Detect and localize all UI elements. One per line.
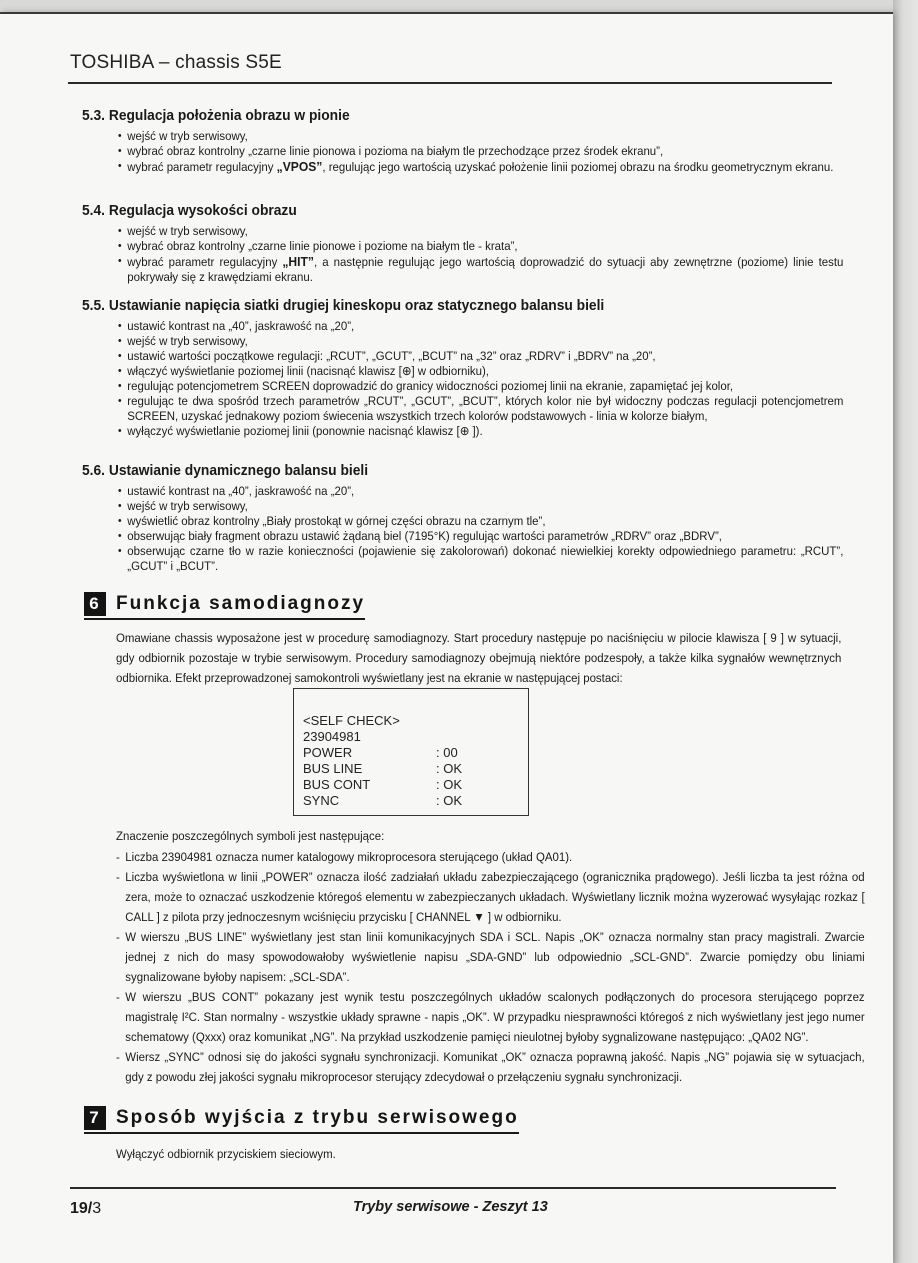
list-item: wejść w tryb serwisowy,: [118, 499, 843, 514]
section-5-3-list: wejść w tryb serwisowy, wybrać obraz kon…: [118, 129, 838, 175]
section-5-6-title: 5.6. Ustawianie dynamicznego balansu bie…: [82, 462, 368, 479]
list-item: ustawić wartości początkowe regulacji: „…: [118, 349, 843, 364]
header-rule: [68, 82, 832, 84]
list-item: W wierszu „BUS CONT” pokazany jest wynik…: [116, 987, 865, 1047]
list-item: wejść w tryb serwisowy,: [118, 129, 843, 144]
list-item: włączyć wyświetlanie poziomej linii (nac…: [118, 364, 843, 379]
list-item: wyłączyć wyświetlanie poziomej linii (po…: [118, 424, 843, 439]
list-item: W wierszu „BUS LINE” wyświetlany jest st…: [116, 927, 865, 987]
self-check-row: SYNC: OK: [303, 793, 462, 809]
section-7-text: Wyłączyć odbiornik przyciskiem sieciowym…: [116, 1144, 841, 1164]
self-check-row: BUS CONT: OK: [303, 777, 462, 793]
list-item: ustawić kontrast na „40”, jaskrawość na …: [118, 319, 843, 334]
section-5-6-list: ustawić kontrast na „40”, jaskrawość na …: [118, 484, 838, 574]
footer-rule: [70, 1187, 836, 1189]
list-item: Liczba wyświetlona w linii „POWER” oznac…: [116, 867, 865, 927]
list-item: regulując te dwa spośród trzech parametr…: [118, 394, 843, 424]
section-5-5-title: 5.5. Ustawianie napięcia siatki drugiej …: [82, 297, 604, 314]
running-header: TOSHIBA – chassis S5E: [70, 52, 282, 74]
meaning-intro: Znaczenie poszczególnych symboli jest na…: [116, 826, 841, 846]
section-5-3-title: 5.3. Regulacja położenia obrazu w pionie: [82, 107, 350, 124]
self-check-display: <SELF CHECK> 23904981 POWER: 00 BUS LINE…: [293, 688, 529, 816]
section-7-title: Sposób wyjścia z trybu serwisowego: [116, 1107, 519, 1128]
meaning-list: Liczba 23904981 oznacza numer katalogowy…: [116, 847, 918, 1087]
section-number-badge: 6: [84, 592, 106, 616]
self-check-row: BUS LINE: OK: [303, 761, 462, 777]
self-check-title: <SELF CHECK>: [303, 713, 462, 729]
list-item: wybrać obraz kontrolny „czarne linie pio…: [118, 239, 843, 254]
list-item: obserwując biały fragment obrazu ustawić…: [118, 529, 843, 544]
list-item: Wiersz „SYNC” odnosi się do jakości sygn…: [116, 1047, 865, 1087]
self-check-row: POWER: 00: [303, 745, 462, 761]
section-6-title: Funkcja samodiagnozy: [116, 593, 365, 614]
list-item: wybrać parametr regulacyjny „HIT”, a nas…: [118, 254, 843, 285]
section-number-badge: 7: [84, 1106, 106, 1130]
list-item: obserwując czarne tło w razie koniecznoś…: [118, 544, 843, 574]
list-item: ustawić kontrast na „40”, jaskrawość na …: [118, 484, 843, 499]
list-item: wybrać obraz kontrolny „czarne linie pio…: [118, 144, 843, 159]
section-6-intro: Omawiane chassis wyposażone jest w proce…: [116, 628, 841, 688]
page-number: 19/3: [70, 1200, 101, 1218]
list-item: wyświetlić obraz kontrolny „Biały prosto…: [118, 514, 843, 529]
section-5-4-list: wejść w tryb serwisowy, wybrać obraz kon…: [118, 224, 838, 285]
list-item: Liczba 23904981 oznacza numer katalogowy…: [116, 847, 865, 867]
section-5-5-list: ustawić kontrast na „40”, jaskrawość na …: [118, 319, 838, 439]
footer-title: Tryby serwisowe - Zeszyt 13: [353, 1199, 548, 1215]
list-item: wejść w tryb serwisowy,: [118, 334, 843, 349]
section-7-heading: 7Sposób wyjścia z trybu serwisowego: [84, 1106, 519, 1134]
list-item: wybrać parametr regulacyjny „VPOS”, regu…: [118, 159, 843, 175]
list-item: regulując potencjometrem SCREEN doprowad…: [118, 379, 843, 394]
section-6-heading: 6Funkcja samodiagnozy: [84, 592, 365, 620]
self-check-code: 23904981: [303, 729, 462, 745]
list-item: wejść w tryb serwisowy,: [118, 224, 843, 239]
section-5-4-title: 5.4. Regulacja wysokości obrazu: [82, 202, 297, 219]
